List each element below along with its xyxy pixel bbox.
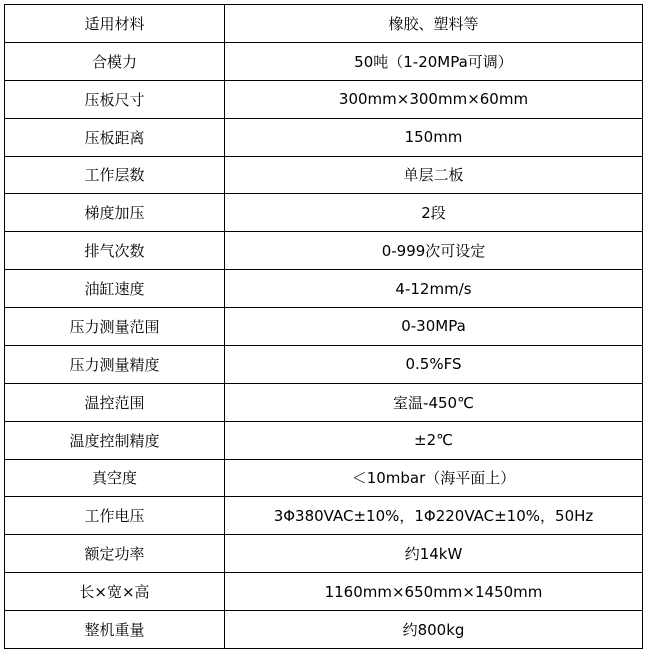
spec-value-cell: 2段 bbox=[225, 194, 643, 232]
spec-label-cell: 温度控制精度 bbox=[5, 421, 225, 459]
spec-value-cell: 橡胶、塑料等 bbox=[225, 5, 643, 43]
spec-value-cell: 0.5%FS bbox=[225, 345, 643, 383]
spec-label-cell: 压力测量精度 bbox=[5, 345, 225, 383]
table-row: 压力测量范围 0-30MPa bbox=[5, 308, 643, 346]
table-row: 整机重量 约800kg bbox=[5, 611, 643, 649]
spec-label-cell: 压力测量范围 bbox=[5, 308, 225, 346]
spec-value-cell: 0-999次可设定 bbox=[225, 232, 643, 270]
spec-label-cell: 温控范围 bbox=[5, 383, 225, 421]
spec-value-cell: 单层二板 bbox=[225, 156, 643, 194]
table-row: 压板尺寸 300mm×300mm×60mm bbox=[5, 80, 643, 118]
spec-value-cell: 0-30MPa bbox=[225, 308, 643, 346]
spec-label-cell: 压板距离 bbox=[5, 118, 225, 156]
spec-label-cell: 梯度加压 bbox=[5, 194, 225, 232]
spec-label-cell: 整机重量 bbox=[5, 611, 225, 649]
spec-value-cell: 50吨（1-20MPa可调） bbox=[225, 42, 643, 80]
table-row: 油缸速度 4-12mm/s bbox=[5, 270, 643, 308]
table-row: 排气次数 0-999次可设定 bbox=[5, 232, 643, 270]
table-row: 温控范围 室温-450℃ bbox=[5, 383, 643, 421]
table-row: 长×宽×高 1160mm×650mm×1450mm bbox=[5, 573, 643, 611]
spec-label-cell: 压板尺寸 bbox=[5, 80, 225, 118]
spec-label-cell: 真空度 bbox=[5, 459, 225, 497]
spec-value-cell: 约14kW bbox=[225, 535, 643, 573]
spec-label-cell: 长×宽×高 bbox=[5, 573, 225, 611]
spec-label-cell: 工作层数 bbox=[5, 156, 225, 194]
spec-value-cell: 4-12mm/s bbox=[225, 270, 643, 308]
table-row: 额定功率 约14kW bbox=[5, 535, 643, 573]
spec-label-cell: 合模力 bbox=[5, 42, 225, 80]
table-row: 合模力 50吨（1-20MPa可调） bbox=[5, 42, 643, 80]
spec-label-cell: 工作电压 bbox=[5, 497, 225, 535]
spec-value-cell: 1160mm×650mm×1450mm bbox=[225, 573, 643, 611]
spec-value-cell: ±2℃ bbox=[225, 421, 643, 459]
table-row: 温度控制精度 ±2℃ bbox=[5, 421, 643, 459]
table-row: 压板距离 150mm bbox=[5, 118, 643, 156]
spec-value-cell: 约800kg bbox=[225, 611, 643, 649]
table-row: 压力测量精度 0.5%FS bbox=[5, 345, 643, 383]
spec-label-cell: 额定功率 bbox=[5, 535, 225, 573]
table-row: 适用材料 橡胶、塑料等 bbox=[5, 5, 643, 43]
spec-value-cell: ＜10mbar（海平面上） bbox=[225, 459, 643, 497]
spec-label-cell: 排气次数 bbox=[5, 232, 225, 270]
table-row: 真空度 ＜10mbar（海平面上） bbox=[5, 459, 643, 497]
spec-value-cell: 室温-450℃ bbox=[225, 383, 643, 421]
spec-table: 适用材料 橡胶、塑料等 合模力 50吨（1-20MPa可调） 压板尺寸 300m… bbox=[4, 4, 643, 649]
spec-value-cell: 3Φ380VAC±10%，1Φ220VAC±10%，50Hz bbox=[225, 497, 643, 535]
table-row: 工作电压 3Φ380VAC±10%，1Φ220VAC±10%，50Hz bbox=[5, 497, 643, 535]
table-row: 梯度加压 2段 bbox=[5, 194, 643, 232]
spec-label-cell: 适用材料 bbox=[5, 5, 225, 43]
spec-value-cell: 150mm bbox=[225, 118, 643, 156]
spec-value-cell: 300mm×300mm×60mm bbox=[225, 80, 643, 118]
table-row: 工作层数 单层二板 bbox=[5, 156, 643, 194]
spec-label-cell: 油缸速度 bbox=[5, 270, 225, 308]
